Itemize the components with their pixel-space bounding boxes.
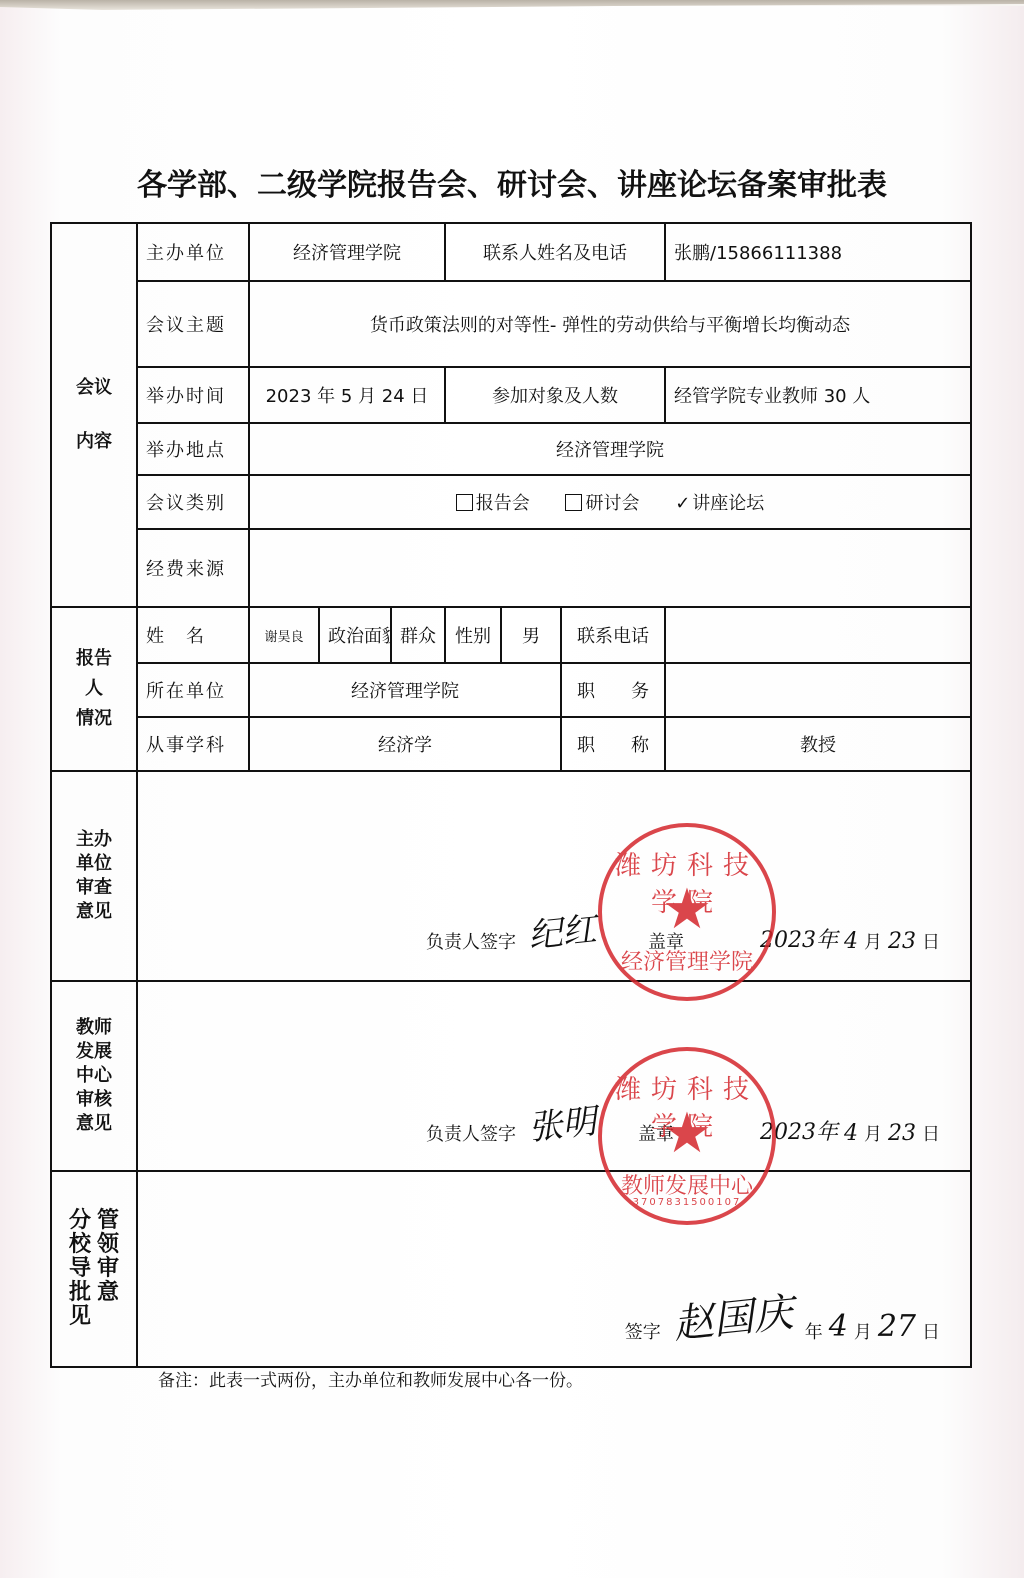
date-label: 举办时间 bbox=[137, 367, 249, 423]
row-speaker-discipline: 从事学科 经济学 职 称 教授 bbox=[51, 717, 971, 771]
unit-value[interactable]: 经济管理学院 bbox=[249, 663, 561, 717]
title-value[interactable]: 教授 bbox=[665, 717, 971, 771]
center-sign-line: 负责人签字 张明 盖章 2023年 4 月 23 日 bbox=[426, 1097, 940, 1146]
venue-value[interactable]: 经济管理学院 bbox=[249, 423, 971, 475]
center-review-label: 教师 发展 中心 审核 意见 bbox=[51, 981, 137, 1171]
politics-value[interactable]: 群众 bbox=[391, 607, 445, 663]
topic-label: 会议主题 bbox=[137, 281, 249, 367]
approval-form-table: 会议 内容 主办单位 经济管理学院 联系人姓名及电话 张鹏/1586611138… bbox=[50, 222, 972, 1368]
type-option-report[interactable]: 报告会 bbox=[456, 493, 536, 514]
row-organizer: 会议 内容 主办单位 经济管理学院 联系人姓名及电话 张鹏/1586611138… bbox=[51, 223, 971, 281]
section-speaker-info: 报告 人 情况 bbox=[51, 607, 137, 771]
discipline-label: 从事学科 bbox=[137, 717, 249, 771]
row-leader-approval: 管 领 审 意 分 校 导 批 见 签字 赵国庆 年 4 bbox=[51, 1171, 971, 1367]
date-value[interactable]: 2023 年 5 月 24 日 bbox=[249, 367, 445, 423]
row-speaker-unit: 所在单位 经济管理学院 职 务 bbox=[51, 663, 971, 717]
type-option-lecture[interactable]: ✓讲座论坛 bbox=[675, 493, 764, 514]
leader-label-col-right: 管 领 审 意 bbox=[97, 1209, 119, 1329]
speaker-name-value[interactable]: 谢昊良 bbox=[249, 607, 319, 663]
unit-label: 所在单位 bbox=[137, 663, 249, 717]
contact-label: 联系人姓名及电话 bbox=[445, 223, 665, 281]
audience-label: 参加对象及人数 bbox=[445, 367, 665, 423]
leader-signature[interactable]: 赵国庆 bbox=[670, 1281, 795, 1350]
funding-label: 经费来源 bbox=[137, 529, 249, 607]
position-value[interactable] bbox=[665, 663, 971, 717]
phone-value[interactable] bbox=[665, 607, 971, 663]
organizer-review-label: 主办 单位 审查 意见 bbox=[51, 771, 137, 981]
type-options: 报告会 研讨会 ✓讲座论坛 bbox=[249, 475, 971, 529]
leader-label-col-left: 分 校 导 批 见 bbox=[69, 1209, 91, 1329]
row-organizer-review: 主办 单位 审查 意见 负责人签字 纪红 盖章 2023年 4 月 23 日 bbox=[51, 771, 971, 981]
footnote: 备注：此表一式两份，主办单位和教师发展中心各一份。 bbox=[158, 1366, 583, 1391]
position-label: 职 务 bbox=[561, 663, 665, 717]
center-review-area[interactable]: 负责人签字 张明 盖章 2023年 4 月 23 日 bbox=[137, 981, 971, 1171]
section-meeting-content: 会议 内容 bbox=[51, 223, 137, 607]
venue-label: 举办地点 bbox=[137, 423, 249, 475]
audience-value[interactable]: 经管学院专业教师 30 人 bbox=[665, 367, 971, 423]
organizer-label: 主办单位 bbox=[137, 223, 249, 281]
phone-label: 联系电话 bbox=[561, 607, 665, 663]
checkbox-unchecked-icon[interactable] bbox=[565, 494, 582, 511]
row-type: 会议类别 报告会 研讨会 ✓讲座论坛 bbox=[51, 475, 971, 529]
organizer-signature[interactable]: 纪红 bbox=[526, 902, 599, 958]
row-date: 举办时间 2023 年 5 月 24 日 参加对象及人数 经管学院专业教师 30… bbox=[51, 367, 971, 423]
discipline-value[interactable]: 经济学 bbox=[249, 717, 561, 771]
row-topic: 会议主题 货币政策法则的对等性- 弹性的劳动供给与平衡增长均衡动态 bbox=[51, 281, 971, 367]
checkbox-unchecked-icon[interactable] bbox=[456, 494, 473, 511]
leader-approval-label: 管 领 审 意 分 校 导 批 见 bbox=[51, 1171, 137, 1367]
row-speaker-name: 报告 人 情况 姓 名 谢昊良 政治面貌 群众 性别 男 联系电话 bbox=[51, 607, 971, 663]
organizer-value[interactable]: 经济管理学院 bbox=[249, 223, 445, 281]
speaker-name-label: 姓 名 bbox=[137, 607, 249, 663]
type-label: 会议类别 bbox=[137, 475, 249, 529]
funding-value[interactable] bbox=[249, 529, 971, 607]
title-label: 职 称 bbox=[561, 717, 665, 771]
gender-value[interactable]: 男 bbox=[501, 607, 561, 663]
topic-value[interactable]: 货币政策法则的对等性- 弹性的劳动供给与平衡增长均衡动态 bbox=[249, 281, 971, 367]
checkmark-icon[interactable]: ✓ bbox=[675, 493, 690, 514]
politics-label: 政治面貌 bbox=[319, 607, 391, 663]
row-funding: 经费来源 bbox=[51, 529, 971, 607]
leader-approval-area[interactable]: 签字 赵国庆 年 4 月 27 日 bbox=[137, 1171, 971, 1367]
row-venue: 举办地点 经济管理学院 bbox=[51, 423, 971, 475]
row-center-review: 教师 发展 中心 审核 意见 负责人签字 张明 盖章 2023年 4 月 23 … bbox=[51, 981, 971, 1171]
gender-label: 性别 bbox=[445, 607, 501, 663]
document-title: 各学部、二级学院报告会、研讨会、讲座论坛备案审批表 bbox=[0, 160, 1024, 204]
center-signature[interactable]: 张明 bbox=[526, 1094, 599, 1150]
organizer-sign-line: 负责人签字 纪红 盖章 2023年 4 月 23 日 bbox=[426, 905, 940, 954]
contact-value[interactable]: 张鹏/15866111388 bbox=[665, 223, 971, 281]
leader-sign-line: 签字 赵国庆 年 4 月 27 日 bbox=[625, 1287, 940, 1344]
organizer-review-area[interactable]: 负责人签字 纪红 盖章 2023年 4 月 23 日 bbox=[137, 771, 971, 981]
type-option-seminar[interactable]: 研讨会 bbox=[565, 493, 645, 514]
